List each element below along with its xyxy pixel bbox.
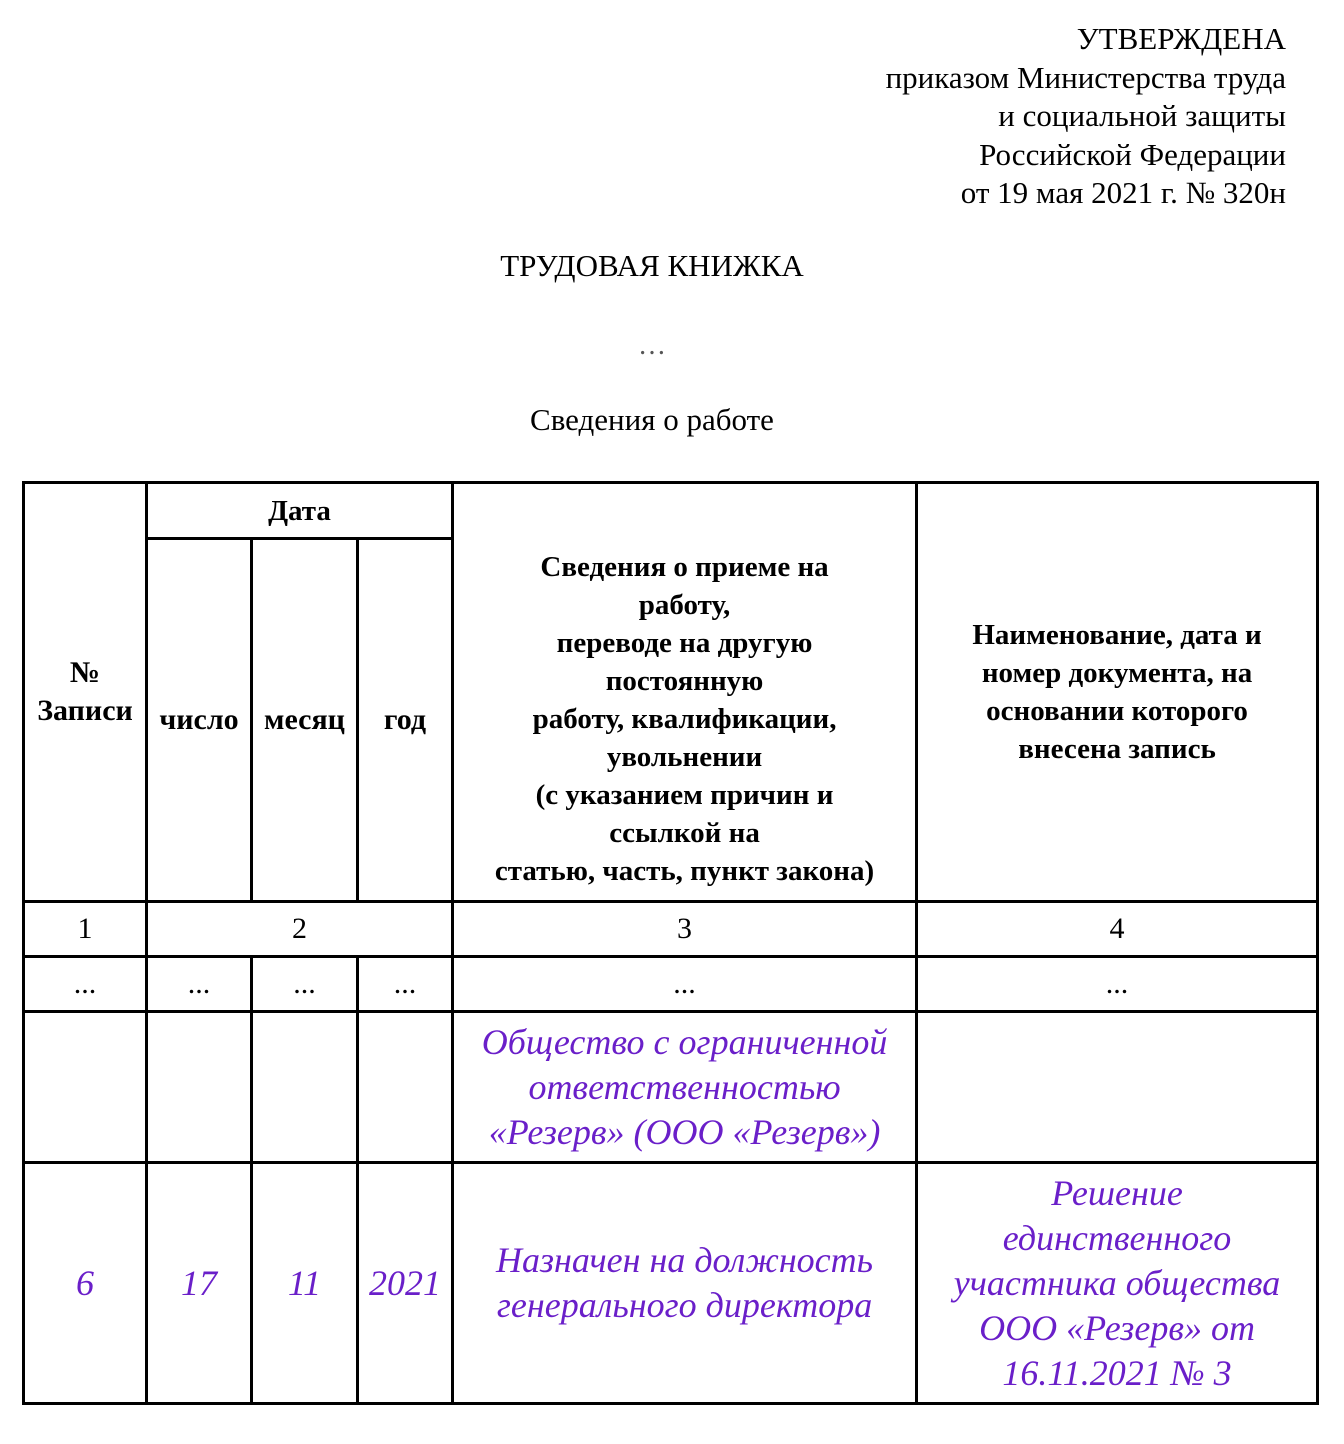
organization-line: ответственностью [458, 1065, 911, 1110]
header-text: постоянную [458, 662, 911, 700]
omitted-cell: ... [24, 957, 147, 1012]
entry-document-line: 16.11.2021 № 3 [922, 1351, 1312, 1396]
omitted-cell: ... [917, 957, 1318, 1012]
header-text: работу, [458, 586, 911, 624]
header-date: Дата [147, 483, 453, 539]
record-number: 6 [24, 1163, 147, 1404]
approval-line: УТВЕРЖДЕНА [886, 20, 1286, 59]
work-records-table: № Записи Дата Сведения о приеме на работ… [22, 481, 1319, 1405]
entry-info: Назначен на должность генерального дирек… [453, 1163, 917, 1404]
omitted-cell: ... [252, 957, 358, 1012]
entry-document-line: единственного [922, 1216, 1312, 1261]
header-text: Наименование, дата и [922, 616, 1312, 654]
table-row-organization: Общество с ограниченной ответственностью… [24, 1012, 1318, 1163]
header-row: № Записи Дата Сведения о приеме на работ… [24, 483, 1318, 539]
approval-line: Российской Федерации [886, 136, 1286, 175]
organization-line: Общество с ограниченной [458, 1020, 911, 1065]
column-number: 4 [917, 902, 1318, 957]
header-info: Сведения о приеме на работу, переводе на… [453, 483, 917, 902]
column-number: 1 [24, 902, 147, 957]
entry-info-line: генерального директора [458, 1283, 911, 1328]
header-text: Записи [29, 692, 141, 730]
omission-ellipsis: … [0, 330, 1304, 362]
header-month: месяц [252, 539, 358, 902]
empty-cell [24, 1012, 147, 1163]
header-text: ссылкой на [458, 814, 911, 852]
entry-document-line: Решение [922, 1171, 1312, 1216]
header-text: работу, квалификации, [458, 700, 911, 738]
header-text: основании которого [922, 692, 1312, 730]
entry-document: Решение единственного участника общества… [917, 1163, 1318, 1404]
column-number: 3 [453, 902, 917, 957]
header-text: увольнении [458, 738, 911, 776]
header-document: Наименование, дата и номер документа, на… [917, 483, 1318, 902]
section-title: Сведения о работе [0, 402, 1304, 438]
header-day: число [147, 539, 252, 902]
approval-stamp: УТВЕРЖДЕНА приказом Министерства труда и… [886, 20, 1286, 213]
table-row-entry: 6 17 11 2021 Назначен на должность генер… [24, 1163, 1318, 1404]
organization-line: «Резерв» (ООО «Резерв») [458, 1110, 911, 1155]
column-number-row: 1 2 3 4 [24, 902, 1318, 957]
approval-line: приказом Министерства труда [886, 59, 1286, 98]
omitted-row: ... ... ... ... ... ... [24, 957, 1318, 1012]
approval-line: от 19 мая 2021 г. № 320н [886, 174, 1286, 213]
omitted-cell: ... [358, 957, 453, 1012]
header-year: год [358, 539, 453, 902]
header-text: (с указанием причин и [458, 776, 911, 814]
entry-info-line: Назначен на должность [458, 1238, 911, 1283]
approval-line: и социальной защиты [886, 97, 1286, 136]
omitted-cell: ... [147, 957, 252, 1012]
omitted-cell: ... [453, 957, 917, 1012]
empty-cell [147, 1012, 252, 1163]
empty-cell [252, 1012, 358, 1163]
document-title: ТРУДОВАЯ КНИЖКА [0, 248, 1304, 284]
header-text: переводе на другую [458, 624, 911, 662]
empty-cell [358, 1012, 453, 1163]
entry-day: 17 [147, 1163, 252, 1404]
header-text: статью, часть, пункт закона) [458, 852, 911, 890]
entry-month: 11 [252, 1163, 358, 1404]
header-text: номер документа, на [922, 654, 1312, 692]
column-number: 2 [147, 902, 453, 957]
header-text: № [29, 654, 141, 692]
entry-document-line: участника общества [922, 1261, 1312, 1306]
header-record-no: № Записи [24, 483, 147, 902]
header-text: внесена запись [922, 730, 1312, 768]
header-text: Сведения о приеме на [458, 548, 911, 586]
entry-document-line: ООО «Резерв» от [922, 1306, 1312, 1351]
organization-name: Общество с ограниченной ответственностью… [453, 1012, 917, 1163]
entry-year: 2021 [358, 1163, 453, 1404]
empty-cell [917, 1012, 1318, 1163]
